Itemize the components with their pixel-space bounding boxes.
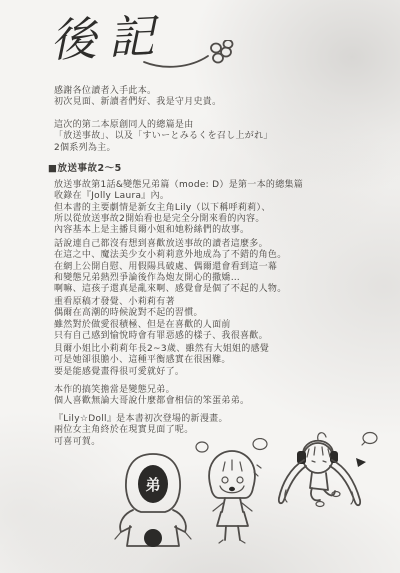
text-line: 初次見面、新讀者們好、我是守月史貴。 [54,97,221,108]
bangs [307,447,330,457]
text-line: 放送事故第1話&變態兄弟篇（mode: D）是第一本的總集篇 [54,180,303,191]
paragraph-greeting: 感謝各位讀者入手此本。 初次見面、新讀者們好、我是守月史貴。 [54,86,221,109]
arms [213,503,252,511]
text-line: 「放送事故」、以及「すいーとみるくを召し上がれ」 [54,131,273,142]
text-line: 個人喜歡無論大哥說什麼都會相信的笨蛋弟弟。 [54,396,249,407]
chibi-surprised-girl-sketch [192,438,272,556]
text-line: 兩位女主角終於在現實見面了呢。 [54,425,228,436]
eye [222,477,228,483]
clover-petals [211,40,233,63]
paragraph-readers-note: 話說連自己都沒有想到喜歡放送事故的讀者這麼多。 在這之中、魔法美少女小莉莉意外地… [54,239,287,295]
hands-circle [144,529,162,547]
text-line: 只有自己感到愉悅時會有罪惡感的樣子、我很喜歡。 [54,331,268,342]
foot [316,502,324,507]
text-line: 『Lily☆Doll』是本書初次登場的新漫畫。 [54,414,228,425]
chibi-masked-brother-sketch: 弟 [112,448,194,560]
twin-tail-right [330,460,360,505]
torso [310,472,328,490]
text-line: 2個系列為主。 [54,143,273,154]
eye [237,477,243,483]
text-line: 收錄在『Jolly Laura』內。 [54,191,303,202]
chibi-headphone-girl-sketch [268,428,380,532]
text-line: 在網上公開自慰、用假陽具破處、偶爾還會看到這一幕 [54,262,287,273]
paragraph-broadcast-notes: 放送事故第1話&變態兄弟篇（mode: D）是第一本的總集篇 收錄在『Jolly… [54,180,303,236]
twin-tail-left [279,460,306,503]
paragraph-comedy-note: 本作的搞笑擔當是變態兄弟。 個人喜歡無論大哥說什麼都會相信的笨蛋弟弟。 [54,385,249,408]
text-line: 在這之中、魔法美少女小莉莉意外地成為了不錯的角色。 [54,250,287,261]
text-line: 感謝各位讀者入手此本。 [54,86,221,97]
text-line: 要是能感覺畫得很可愛就好了。 [54,367,269,378]
speech-bubble-icon [362,433,377,446]
text-line: 偶爾在高潮的時候說對不起的習慣。 [54,308,268,319]
dark-mark-icon [356,458,366,467]
ahoge [318,433,326,440]
feet [219,540,245,543]
text-line: 所以從放送事故2開始看也是完全分開來看的內容。 [54,214,303,225]
text-line: 內容基本上是主播貝爾小姐和她粉絲們的故事。 [54,225,303,236]
afterword-page: 後記 感謝各位讀者入手此本。 初次見面、新讀者們好、我是守月史貴。 這次的第二本… [0,0,400,573]
text-line: 啊嘛、這孩子還真是亂來啊、感覺會是個了不起的人物。 [54,284,287,295]
text-line: 貝爾小姐比小莉莉年長2~3歲、雖然有大姐姐的感覺 [54,344,269,355]
eyes [312,461,326,462]
paragraph-lily-habit: 重看原稿才發覺、小莉莉有著 偶爾在高潮的時候說對不起的習慣。 雖然對於做愛很積極… [54,297,268,342]
open-mouth [229,487,235,491]
text-line: 可是她卻很膽小、這種平衡感實在很困難。 [54,355,269,366]
mask-character: 弟 [145,476,160,494]
text-line: 和變態兄弟熱烈爭論後作為炮友開心的撒嬌… [54,273,287,284]
text-line: 這次的第二本原創同人的總篇是由 [54,120,273,131]
skirt [217,512,248,526]
text-line: 話說連自己都沒有想到喜歡放送事故的讀者這麼多。 [54,239,287,250]
text-line: 但本書的主要劇情是新女主角Lily（以下稱呼莉莉）、 [54,203,303,214]
paragraph-bell-note: 貝爾小姐比小莉莉年長2~3歲、雖然有大姐姐的感覺 可是她卻很膽小、這種平衡感實在… [54,344,269,378]
clover-doodle-icon [142,40,242,74]
text-line: 本作的搞笑擔當是變態兄弟。 [54,385,249,396]
text-line: 重看原稿才發覺、小莉莉有著 [54,297,268,308]
paragraph-series-intro: 這次的第二本原創同人的總篇是由 「放送事故」、以及「すいーとみるくを召し上がれ」… [54,120,273,154]
head [303,443,333,473]
section-header: ■放送事故2～5 [48,160,122,174]
text-line: 雖然對於做愛很積極、但是在喜歡的人面前 [54,320,268,331]
speech-bubble-icon [196,439,267,453]
